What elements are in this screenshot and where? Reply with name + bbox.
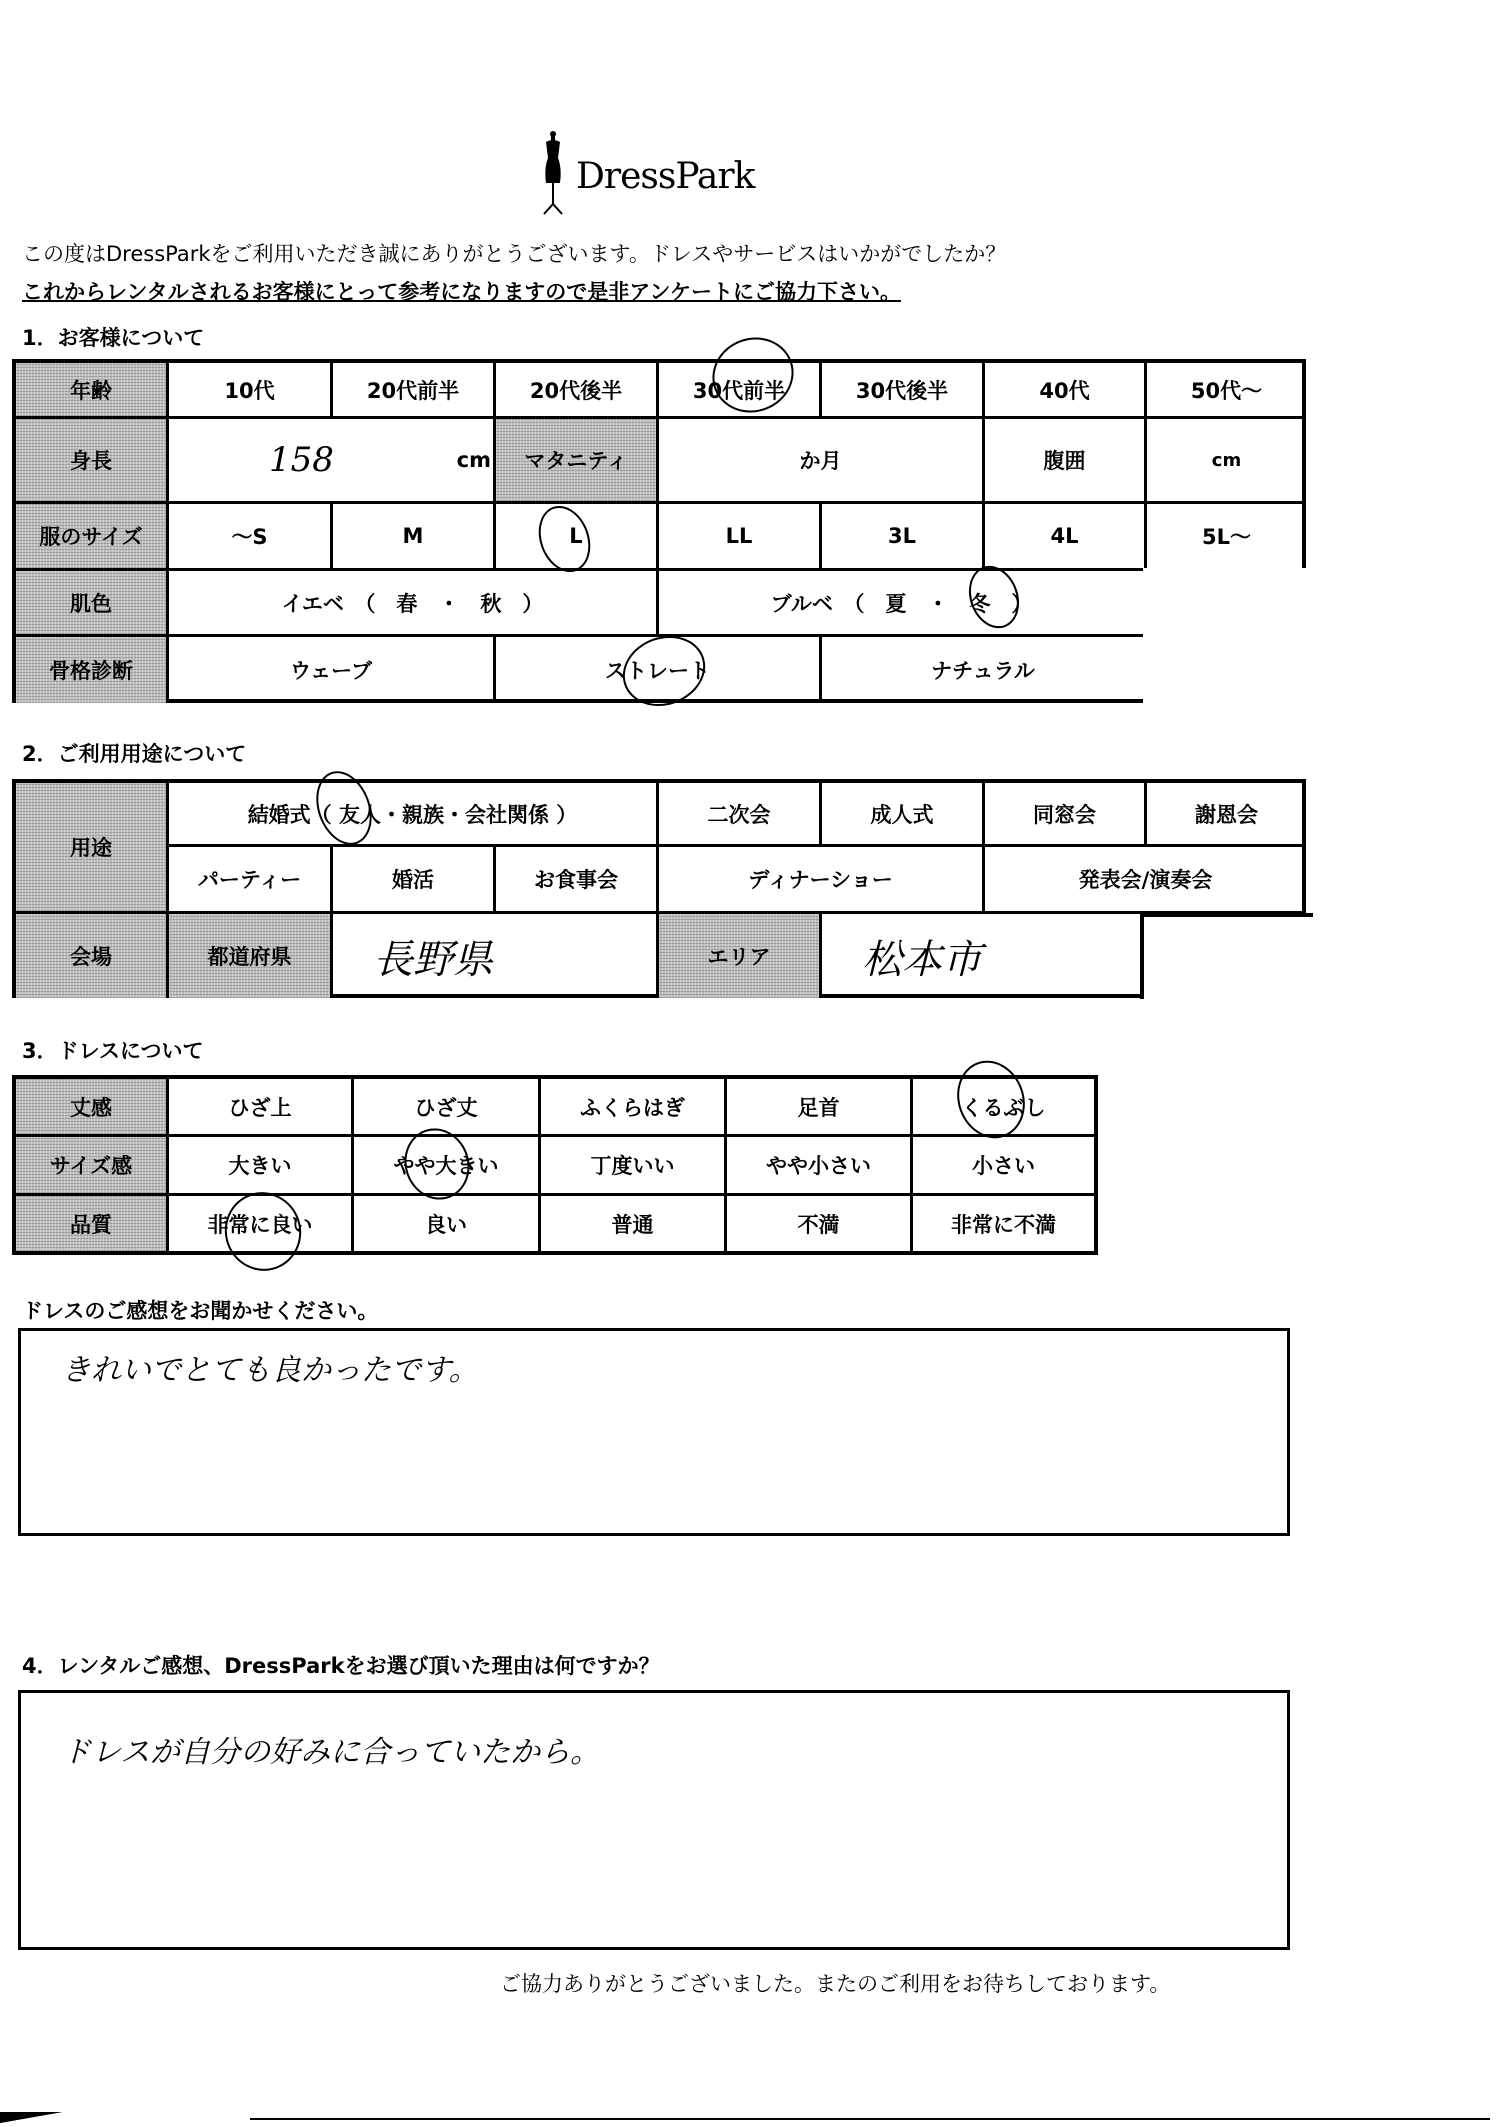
frame-label: 骨格診断: [16, 637, 169, 703]
purpose-label: 用途: [16, 783, 169, 914]
dress-comment-value: きれいでとても良かったです。: [61, 1345, 479, 1389]
purpose-wedding[interactable]: 結婚式（ 友人・親族・会社関係 ）: [169, 783, 659, 847]
area-value: 松本市: [862, 928, 982, 985]
length-label: 丈感: [16, 1079, 169, 1137]
table-edge-mask: [1143, 913, 1313, 1003]
table-edge-mask: [1143, 568, 1313, 708]
length-option[interactable]: 足首: [727, 1079, 913, 1137]
closing-message: ご協力ありがとうございました。またのご利用をお待ちしております。: [500, 1968, 1170, 1998]
age-option[interactable]: 20代前半: [333, 363, 496, 419]
purpose-option[interactable]: ディナーショー: [659, 847, 985, 914]
purpose-option[interactable]: 同窓会: [985, 783, 1147, 847]
age-label: 年齢: [16, 363, 169, 419]
height-unit: cm: [457, 448, 491, 472]
maternity-months-field[interactable]: か月: [659, 419, 985, 504]
size-option[interactable]: 4L: [985, 504, 1147, 571]
purpose-option[interactable]: パーティー: [169, 847, 333, 914]
age-option-selected[interactable]: 30代前半: [659, 363, 822, 419]
size-option[interactable]: 5L～: [1147, 504, 1306, 571]
section3-title: 3．ドレスについて: [22, 1035, 204, 1065]
fit-option[interactable]: やや小さい: [727, 1137, 913, 1196]
logo: DressPark: [538, 128, 778, 218]
quality-option[interactable]: 普通: [541, 1196, 727, 1251]
purpose-option[interactable]: 婚活: [333, 847, 496, 914]
purpose-option[interactable]: 謝恩会: [1147, 783, 1306, 847]
age-option[interactable]: 20代後半: [496, 363, 659, 419]
footer-divider: [250, 2118, 1490, 2120]
scan-artifact: [0, 2112, 70, 2127]
quality-option-selected[interactable]: 非常に良い: [169, 1196, 354, 1251]
reason-box[interactable]: ドレスが自分の好みに合っていたから。: [18, 1690, 1290, 1950]
dress-form-icon: [538, 128, 568, 218]
fit-option[interactable]: 小さい: [913, 1137, 1094, 1196]
quality-option[interactable]: 非常に不満: [913, 1196, 1094, 1251]
age-option[interactable]: 40代: [985, 363, 1147, 419]
age-option[interactable]: 30代後半: [822, 363, 985, 419]
length-option[interactable]: ひざ丈: [354, 1079, 541, 1137]
maternity-label: マタニティ: [496, 419, 659, 504]
age-option[interactable]: 10代: [169, 363, 333, 419]
purpose-option[interactable]: 成人式: [822, 783, 985, 847]
purpose-option[interactable]: 発表会/演奏会: [985, 847, 1306, 914]
frame-option[interactable]: ナチュラル: [822, 637, 1147, 703]
reason-value: ドレスが自分の好みに合っていたから。: [61, 1727, 600, 1771]
intro-request: これからレンタルされるお客様にとって参考になりますので是非アンケートにご協力下さ…: [22, 276, 901, 306]
skin-label: 肌色: [16, 571, 169, 637]
frame-option[interactable]: ウェーブ: [169, 637, 496, 703]
purpose-option[interactable]: 二次会: [659, 783, 822, 847]
fit-option-selected[interactable]: やや大きい: [354, 1137, 541, 1196]
prefecture-label: 都道府県: [169, 914, 333, 998]
quality-option[interactable]: 不満: [727, 1196, 913, 1251]
dress-comment-box[interactable]: きれいでとても良かったです。: [18, 1328, 1290, 1536]
size-option[interactable]: 3L: [822, 504, 985, 571]
intro-text: この度はDressParkをご利用いただき誠にありがとうございます。ドレスやサー…: [22, 238, 1006, 268]
section4-title: 4．レンタルご感想、DressParkをお選び頂いた理由は何ですか？: [22, 1650, 660, 1680]
quality-label: 品質: [16, 1196, 169, 1251]
dress-table: 丈感 ひざ上 ひざ丈 ふくらはぎ 足首 くるぶし サイズ感 大きい やや大きい …: [12, 1075, 1098, 1255]
customer-table: 年齢 10代 20代前半 20代後半 30代前半 30代後半 40代 50代～ …: [12, 359, 1306, 703]
prefecture-value: 長野県: [373, 928, 493, 985]
prefecture-field[interactable]: 長野県: [333, 914, 659, 998]
waist-label: 腹囲: [985, 419, 1147, 504]
fit-label: サイズ感: [16, 1137, 169, 1196]
venue-label: 会場: [16, 914, 169, 998]
length-option-selected[interactable]: くるぶし: [913, 1079, 1094, 1137]
fit-option[interactable]: 大きい: [169, 1137, 354, 1196]
height-value: 158: [269, 440, 334, 480]
quality-option[interactable]: 良い: [354, 1196, 541, 1251]
length-option[interactable]: ひざ上: [169, 1079, 354, 1137]
usage-table: 用途 結婚式（ 友人・親族・会社関係 ） 二次会 成人式 同窓会 謝恩会 パーテ…: [12, 779, 1306, 998]
size-label: 服のサイズ: [16, 504, 169, 571]
purpose-option[interactable]: お食事会: [496, 847, 659, 914]
area-label: エリア: [659, 914, 822, 998]
waist-unit: cm: [1212, 450, 1241, 471]
height-field[interactable]: 158 cm: [169, 419, 496, 504]
age-option[interactable]: 50代～: [1147, 363, 1306, 419]
size-option[interactable]: LL: [659, 504, 822, 571]
logo-text: DressPark: [576, 156, 754, 197]
section1-title: 1．お客様について: [22, 322, 204, 352]
size-option[interactable]: M: [333, 504, 496, 571]
waist-field[interactable]: cm: [1147, 419, 1306, 504]
section2-title: 2．ご利用用途について: [22, 738, 246, 768]
length-option[interactable]: ふくらはぎ: [541, 1079, 727, 1137]
table-edge: [1140, 913, 1144, 999]
skin-blue-option[interactable]: ブルベ （ 夏 ・ 冬 ）: [659, 571, 1147, 637]
skin-yellow-option[interactable]: イエベ （ 春 ・ 秋 ）: [169, 571, 659, 637]
dress-comment-prompt: ドレスのご感想をお聞かせください。: [22, 1295, 378, 1325]
fit-option[interactable]: 丁度いい: [541, 1137, 727, 1196]
area-field[interactable]: 松本市: [822, 914, 1147, 998]
frame-option-selected[interactable]: ストレート: [496, 637, 822, 703]
size-option-selected[interactable]: L: [496, 504, 659, 571]
size-option[interactable]: ～S: [169, 504, 333, 571]
months-unit: か月: [800, 445, 842, 475]
height-label: 身長: [16, 419, 169, 504]
